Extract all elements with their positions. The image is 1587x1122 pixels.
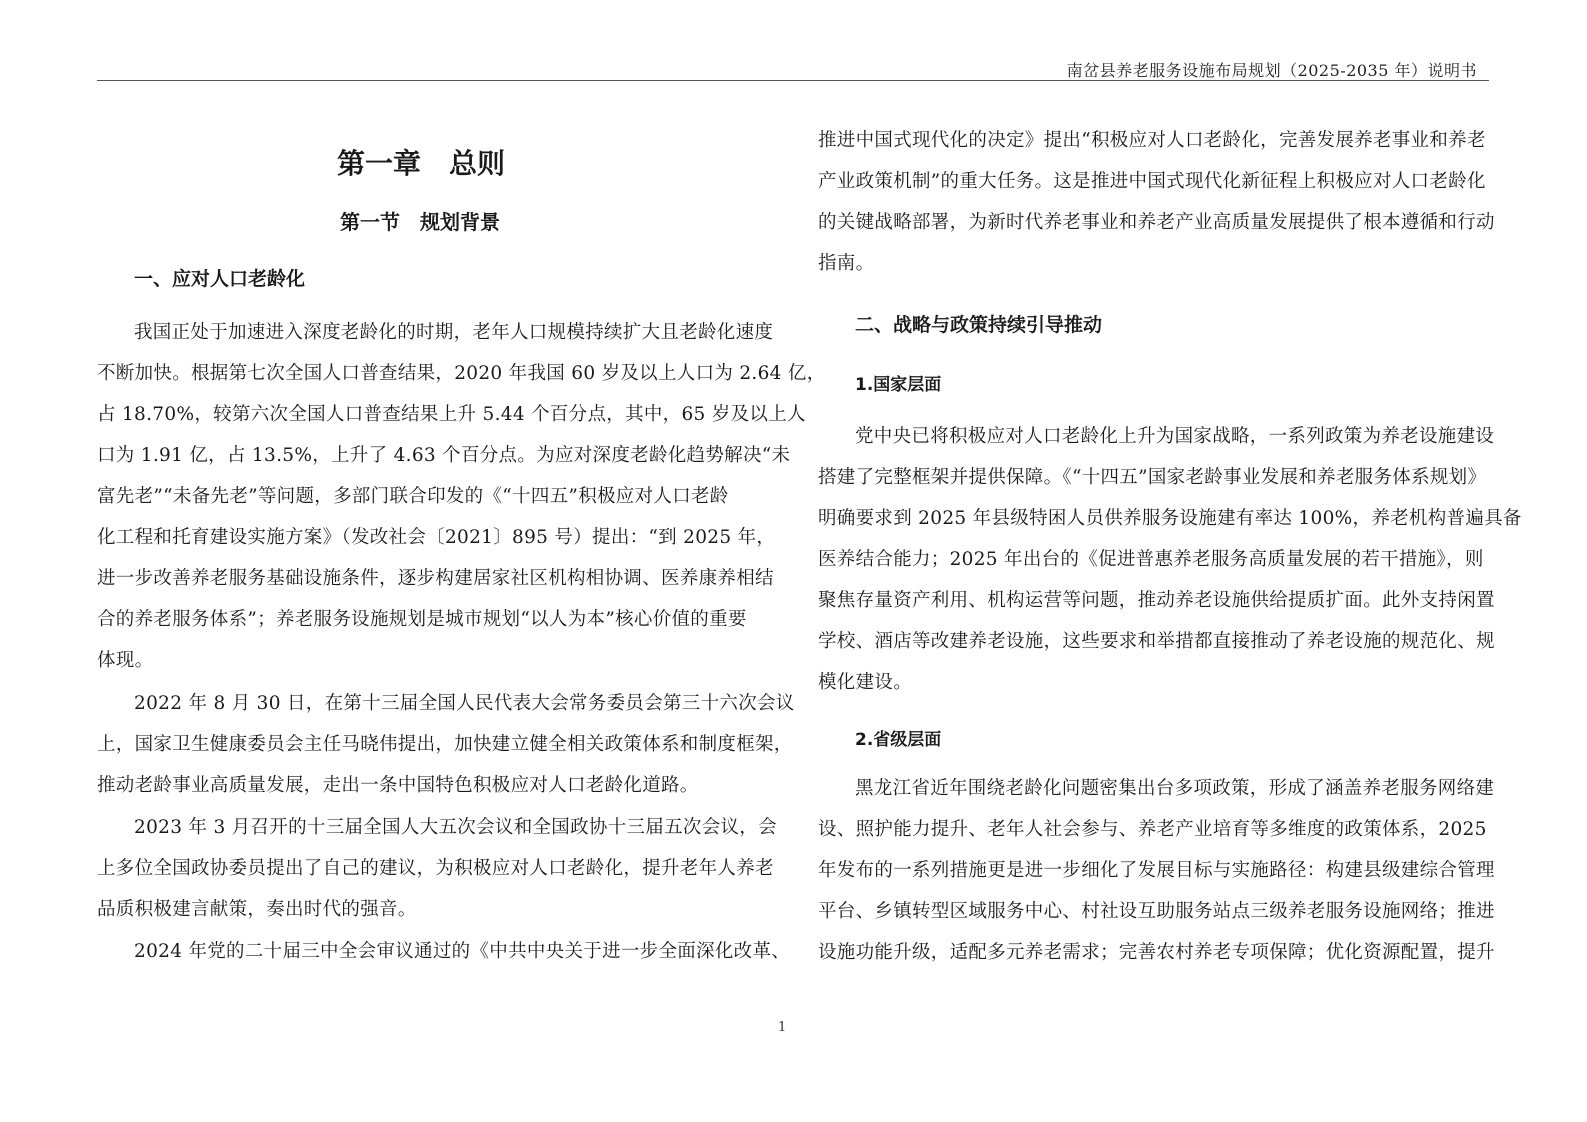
paragraph-line: 医养结合能力；2025 年出台的《促进普惠养老服务高质量发展的若干措施》，则 bbox=[818, 547, 1484, 573]
paragraph-line: 口为 1.91 亿，占 13.5%，上升了 4.63 个百分点。为应对深度老龄化… bbox=[97, 443, 790, 469]
paragraph-line: 设施功能升级，适配多元养老需求；完善农村养老专项保障；优化资源配置，提升 bbox=[818, 940, 1495, 966]
paragraph-line: 平台、乡镇转型区域服务中心、村社设互助服务站点三级养老服务设施网络；推进 bbox=[818, 899, 1495, 925]
paragraph-line: 2022 年 8 月 30 日，在第十三届全国人民代表大会常务委员会第三十六次会… bbox=[134, 691, 795, 717]
paragraph-line: 上多位全国政协委员提出了自己的建议，为积极应对人口老龄化，提升老年人养老 bbox=[97, 856, 774, 882]
paragraph-line: 模化建设。 bbox=[818, 670, 912, 696]
paragraph-line: 推动老龄事业高质量发展，走出一条中国特色积极应对人口老龄化道路。 bbox=[97, 773, 699, 799]
paragraph-line: 进一步改善养老服务基础设施条件，逐步构建居家社区机构相协调、医养康养相结 bbox=[97, 566, 774, 592]
paragraph-line: 不断加快。根据第七次全国人口普查结果，2020 年我国 60 岁及以上人口为 2… bbox=[97, 361, 826, 387]
heading-strategy-policy: 二、战略与政策持续引导推动 bbox=[855, 310, 1102, 337]
paragraph-line: 品质积极建言献策，奏出时代的强音。 bbox=[97, 897, 417, 923]
paragraph-line: 年发布的一系列措施更是进一步细化了发展目标与实施路径：构建县级建综合管理 bbox=[818, 858, 1495, 884]
subheading-national-level: 1.国家层面 bbox=[855, 370, 941, 395]
paragraph-line: 占 18.70%，较第六次全国人口普查结果上升 5.44 个百分点，其中，65 … bbox=[97, 402, 806, 428]
paragraph-line: 2024 年党的二十届三中全会审议通过的《中共中央关于进一步全面深化改革、 bbox=[134, 939, 790, 965]
paragraph-line: 2023 年 3 月召开的十三届全国人大五次会议和全国政协十三届五次会议，会 bbox=[134, 815, 777, 841]
paragraph-line: 黑龙江省近年围绕老龄化问题密集出台多项政策，形成了涵盖养老服务网络建 bbox=[855, 776, 1494, 802]
paragraph-line: 聚焦存量资产利用、机构运营等问题，推动养老设施供给提质扩面。此外支持闲置 bbox=[818, 588, 1495, 614]
paragraph-line: 产业政策机制”的重大任务。这是推进中国式现代化新征程上积极应对人口老龄化 bbox=[818, 169, 1486, 195]
paragraph-line: 合的养老服务体系”；养老服务设施规划是城市规划“以人为本”核心价值的重要 bbox=[97, 607, 747, 633]
paragraph-line: 党中央已将积极应对人口老龄化上升为国家战略，一系列政策为养老设施建设 bbox=[855, 424, 1494, 450]
paragraph-line: 学校、酒店等改建养老设施，这些要求和举措都直接推动了养老设施的规范化、规 bbox=[818, 629, 1495, 655]
paragraph-line: 的关键战略部署，为新时代养老事业和养老产业高质量发展提供了根本遵循和行动 bbox=[818, 210, 1495, 236]
section-title: 第一节 规划背景 bbox=[340, 206, 500, 235]
paragraph-line: 搭建了完整框架并提供保障。《“十四五”国家老龄事业发展和养老服务体系规划》 bbox=[818, 465, 1486, 491]
page-number: 1 bbox=[778, 1020, 786, 1035]
subheading-provincial-level: 2.省级层面 bbox=[855, 725, 941, 750]
paragraph-line: 明确要求到 2025 年县级特困人员供养服务设施建有率达 100%，养老机构普遍… bbox=[818, 506, 1522, 532]
paragraph-line: 指南。 bbox=[818, 251, 874, 277]
chapter-title: 第一章 总则 bbox=[337, 142, 505, 182]
paragraph-line: 我国正处于加速进入深度老龄化的时期，老年人口规模持续扩大且老龄化速度 bbox=[134, 320, 773, 346]
heading-population-aging: 一、应对人口老龄化 bbox=[134, 264, 305, 291]
header-divider bbox=[97, 80, 1489, 81]
paragraph-line: 设、照护能力提升、老年人社会参与、养老产业培育等多维度的政策体系，2025 bbox=[818, 817, 1487, 843]
paragraph-line: 化工程和托育建设实施方案》（发改社会〔2021〕895 号）提出：“到 2025… bbox=[97, 525, 775, 551]
paragraph-line: 上，国家卫生健康委员会主任马晓伟提出，加快建立健全相关政策体系和制度框架， bbox=[97, 732, 793, 758]
paragraph-line: 体现。 bbox=[97, 648, 153, 674]
running-header-title: 南岔县养老服务设施布局规划（2025-2035 年）说明书 bbox=[1067, 58, 1477, 81]
paragraph-line: 富先老”“未备先老”等问题，多部门联合印发的《“十四五”积极应对人口老龄 bbox=[97, 484, 729, 510]
paragraph-line: 推进中国式现代化的决定》提出“积极应对人口老龄化，完善发展养老事业和养老 bbox=[818, 128, 1486, 154]
